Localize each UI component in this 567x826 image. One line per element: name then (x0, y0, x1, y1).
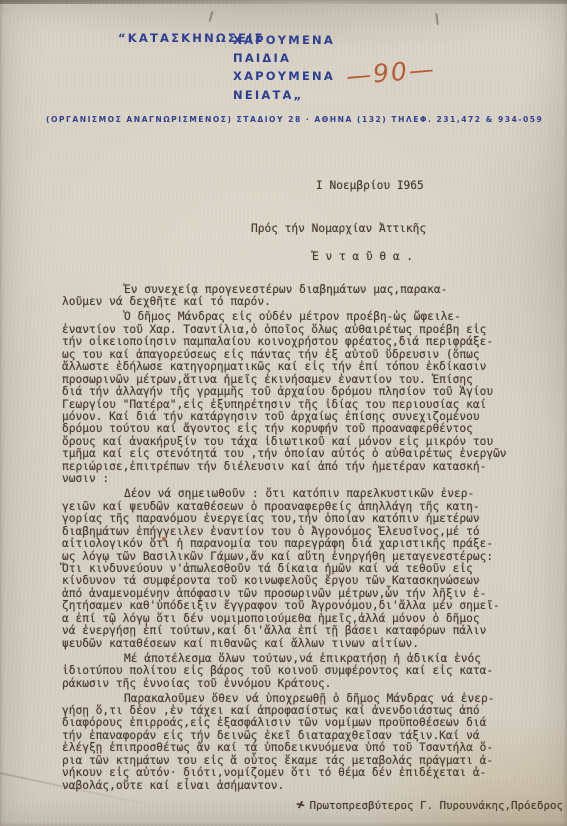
paragraph: Παρακαλοῦμεν ὅθεν νά ὑποχρεωθῇ ὁ δῆμος Μ… (62, 693, 536, 793)
org-name-line: ΝΕΙΑΤΑ„ (233, 86, 335, 104)
document-page: “ΚΑΤΑΣΚΗΝΩΣΕΙΣ ΧΑΡΟΥΜΕΝΑ ΠΑΙΔΙΑ ΧΑΡΟΥΜΕΝ… (0, 0, 567, 826)
org-name-line: ΧΑΡΟΥΜΕΝΑ (233, 67, 335, 85)
org-name-line: ΠΑΙΔΙΑ (233, 49, 335, 67)
signature-name: Πρωτοπρεσβύτερος Γ. Πυρουνάκης,Πρόεδρος (309, 799, 563, 812)
signature-line: +Πρωτοπρεσβύτερος Γ. Πυρουνάκης,Πρόεδρος (296, 797, 563, 813)
paragraph: Ἐν συνεχείᾳ προγενεστέρων διαβημάτων μας… (62, 284, 536, 309)
handwritten-page-number: —90— (345, 54, 437, 91)
letter-body: Ἐν συνεχείᾳ προγενεστέρων διαβημάτων μας… (62, 284, 536, 795)
recipient-line: Πρός τήν Νομαρχίαν Ἀττικῆς (251, 222, 426, 235)
paragraph: Δέον νά σημειωθοῦν : ὅτι κατόπιν παρελκυ… (62, 488, 536, 650)
cross-mark-icon: + (293, 797, 308, 814)
org-name-block: ΧΑΡΟΥΜΕΝΑ ΠΑΙΔΙΑ ΧΑΡΟΥΜΕΝΑ ΝΕΙΑΤΑ„ (233, 31, 335, 104)
pencil-mark (435, 13, 438, 25)
recipient-city-line: Ἐ ν τ α ῦ θ α . (312, 250, 413, 263)
org-info-line: (ΟΡΓΑΝΙΣΜΟΣ ΑΝΑΓΝΩΡΙΣΜΕΝΟΣ) ΣΤΑΔΙΟΥ 28 ·… (46, 115, 543, 124)
org-name-line: ΧΑΡΟΥΜΕΝΑ (233, 31, 335, 49)
paragraph: Ὁ δῆμος Μάνδρας εἰς οὐδέν μέτρον προέβη-… (62, 311, 536, 485)
letter-date: Ι Νοεμβρίου Ι965 (316, 179, 424, 192)
scan-edge-shadow (0, 0, 567, 4)
pencil-mark (209, 11, 214, 22)
paragraph: Μέ ἀποτέλεσμα ὅλων τούτων,νά ἐπικρατήσῃ … (62, 653, 536, 690)
